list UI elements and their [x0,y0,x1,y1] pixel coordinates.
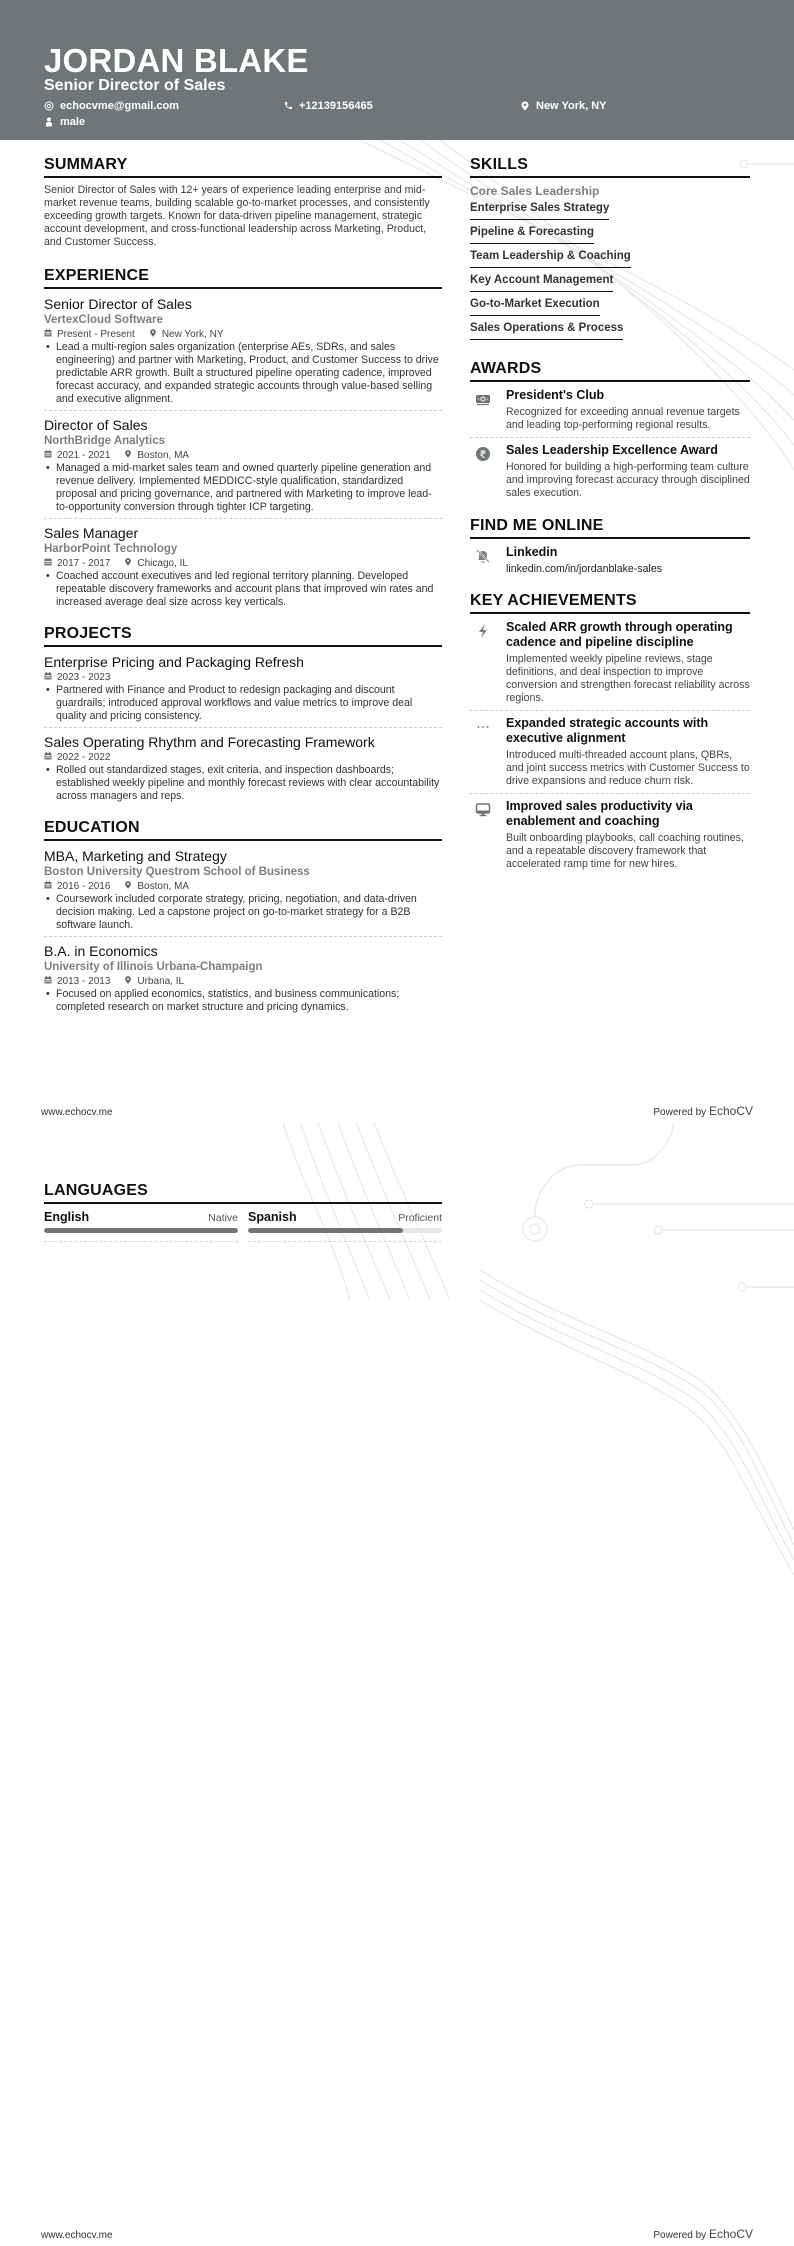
calendar-icon [44,328,52,341]
project-title: Enterprise Pricing and Packaging Refresh [44,653,442,671]
skills-category: Core Sales Leadership [470,184,750,198]
location: Urbana, IL [124,975,184,988]
education-section: EDUCATION MBA, Marketing and StrategyBos… [44,819,442,1018]
calendar-icon [44,751,52,764]
section-heading: SKILLS [470,156,750,178]
map-pin-icon [124,880,132,893]
section-heading: KEY ACHIEVEMENTS [470,592,750,614]
award-item: Sales Leadership Excellence AwardHonored… [470,443,750,505]
location: Boston, MA [124,880,189,893]
education-entry: B.A. in EconomicsUniversity of Illinois … [44,942,442,1018]
summary-text: Senior Director of Sales with 12+ years … [44,184,442,249]
date-range: 2023 - 2023 [44,671,110,684]
experience-entry: Sales ManagerHarborPoint Technology2017 … [44,524,442,613]
map-pin-icon [124,449,132,462]
user-icon [44,117,54,127]
calendar-icon [44,880,52,893]
project-entry: Sales Operating Rhythm and Forecasting F… [44,733,442,807]
achievement-item: Expanded strategic accounts with executi… [470,716,750,794]
skill-tag: Go-to-Market Execution [470,295,600,316]
skill-tag: Enterprise Sales Strategy [470,199,609,220]
item-description: Implemented weekly pipeline reviews, sta… [506,653,750,705]
job-title: Sales Manager [44,524,442,542]
job-title: Senior Director of Sales [44,295,442,313]
entry-bullet: Coached account executives and led regio… [44,570,442,609]
section-heading: LANGUAGES [44,1182,442,1204]
ellipsis-icon [470,716,496,788]
money-bill-icon [470,388,496,432]
left-column: SUMMARY Senior Director of Sales with 12… [44,156,442,1023]
item-title: President's Club [506,388,750,403]
item-title: Scaled ARR growth through operating cade… [506,620,750,650]
award-item: President's ClubRecognized for exceeding… [470,388,750,438]
date-range: 2017 - 2017 [44,557,110,570]
achievements-section: KEY ACHIEVEMENTS Scaled ARR growth throu… [470,592,750,876]
rupee-coin-icon [470,443,496,500]
date-range: Present - Present [44,328,135,341]
entry-meta: 2013 - 2013Urbana, IL [44,975,442,988]
page-footer: www.echocv.me Powered by EchoCV [41,1104,753,1118]
monitor-icon [470,799,496,871]
degree: MBA, Marketing and Strategy [44,847,442,865]
calendar-icon [44,557,52,570]
online-profile-item[interactable]: Linkedinlinkedin.com/in/jordanblake-sale… [470,545,750,580]
skill-tag: Pipeline & Forecasting [470,223,594,244]
location: Boston, MA [124,449,189,462]
map-pin-icon [124,975,132,988]
proficiency-bar [44,1228,238,1233]
brand-name: EchoCV [709,2227,753,2241]
entry-meta: 2023 - 2023 [44,671,442,684]
section-heading: AWARDS [470,360,750,382]
profile-link[interactable]: linkedin.com/in/jordanblake-sales [506,563,662,575]
school-name: University of Illinois Urbana-Champaign [44,960,442,975]
entry-bullet: Lead a multi-region sales organization (… [44,341,442,406]
item-description: Introduced multi-threaded account plans,… [506,749,750,788]
section-heading: SUMMARY [44,156,442,178]
map-pin-icon [520,101,530,111]
company-name: VertexCloud Software [44,313,442,328]
bell-slash-icon [470,545,496,575]
entry-bullet: Rolled out standardized stages, exit cri… [44,764,442,803]
calendar-icon [44,671,52,684]
map-pin-icon [149,328,157,341]
section-heading: EXPERIENCE [44,267,442,289]
awards-section: AWARDS President's ClubRecognized for ex… [470,360,750,505]
at-icon [44,101,54,111]
calendar-icon [44,449,52,462]
entry-meta: 2016 - 2016Boston, MA [44,880,442,893]
language-name: English [44,1210,89,1224]
right-column: SKILLS Core Sales Leadership Enterprise … [470,156,750,881]
degree: B.A. in Economics [44,942,442,960]
powered-by: Powered by EchoCV [653,1104,753,1118]
skill-tag: Sales Operations & Process [470,319,623,340]
language-name: Spanish [248,1210,297,1224]
entry-meta: 2021 - 2021Boston, MA [44,449,442,462]
location: Chicago, IL [124,557,188,570]
contact-phone[interactable]: +12139156465 [283,100,373,112]
brand-name: EchoCV [709,1104,753,1118]
skills-section: SKILLS Core Sales Leadership Enterprise … [470,156,750,342]
online-section: FIND ME ONLINE Linkedinlinkedin.com/in/j… [470,517,750,580]
entry-meta: 2022 - 2022 [44,751,442,764]
entry-bullet: Partnered with Finance and Product to re… [44,684,442,723]
experience-section: EXPERIENCE Senior Director of SalesVerte… [44,267,442,613]
school-name: Boston University Questrom School of Bus… [44,865,442,880]
contact-gender: male [44,116,85,128]
phone-icon [283,101,293,111]
skill-tag: Team Leadership & Coaching [470,247,631,268]
education-entry: MBA, Marketing and StrategyBoston Univer… [44,847,442,937]
entry-bullet: Focused on applied economics, statistics… [44,988,442,1014]
item-title: Improved sales productivity via enableme… [506,799,750,829]
section-heading: PROJECTS [44,625,442,647]
entry-bullet: Managed a mid-market sales team and owne… [44,462,442,514]
job-title: Director of Sales [44,416,442,434]
map-pin-icon [124,557,132,570]
achievement-item: Improved sales productivity via enableme… [470,799,750,876]
company-name: NorthBridge Analytics [44,434,442,449]
section-heading: EDUCATION [44,819,442,841]
resume-header: JORDAN BLAKE Senior Director of Sales ec… [0,0,794,140]
page-footer-2: www.echocv.me Powered by EchoCV [41,2227,753,2241]
language-item: SpanishProficient [248,1210,442,1242]
experience-entry: Senior Director of SalesVertexCloud Soft… [44,295,442,411]
summary-section: SUMMARY Senior Director of Sales with 12… [44,156,442,249]
location: New York, NY [149,328,224,341]
item-description: Honored for building a high-performing t… [506,461,750,500]
section-heading: FIND ME ONLINE [470,517,750,539]
footer-site-link[interactable]: www.echocv.me [41,1107,113,1118]
company-name: HarborPoint Technology [44,542,442,557]
candidate-name: JORDAN BLAKE [44,42,309,80]
contact-location: New York, NY [520,100,607,112]
language-level: Proficient [398,1212,442,1224]
candidate-title: Senior Director of Sales [44,77,225,95]
project-title: Sales Operating Rhythm and Forecasting F… [44,733,442,751]
item-title: Sales Leadership Excellence Award [506,443,750,458]
date-range: 2016 - 2016 [44,880,110,893]
date-range: 2013 - 2013 [44,975,110,988]
languages-section: LANGUAGES EnglishNativeSpanishProficient [44,1182,442,1242]
experience-entry: Director of SalesNorthBridge Analytics20… [44,416,442,519]
item-title: Expanded strategic accounts with executi… [506,716,750,746]
projects-section: PROJECTS Enterprise Pricing and Packagin… [44,625,442,807]
language-item: EnglishNative [44,1210,238,1242]
language-level: Native [208,1212,238,1224]
bolt-icon [470,620,496,705]
skill-tag: Key Account Management [470,271,613,292]
item-description: Recognized for exceeding annual revenue … [506,406,750,432]
achievement-item: Scaled ARR growth through operating cade… [470,620,750,711]
date-range: 2021 - 2021 [44,449,110,462]
footer-site-link[interactable]: www.echocv.me [41,2230,113,2241]
item-description: Built onboarding playbooks, call coachin… [506,832,750,871]
project-entry: Enterprise Pricing and Packaging Refresh… [44,653,442,728]
item-title: Linkedin [506,545,662,560]
proficiency-bar [248,1228,442,1233]
entry-meta: Present - PresentNew York, NY [44,328,442,341]
calendar-icon [44,975,52,988]
contact-email[interactable]: echocvme@gmail.com [44,100,179,112]
entry-bullet: Coursework included corporate strategy, … [44,893,442,932]
powered-by: Powered by EchoCV [653,2227,753,2241]
date-range: 2022 - 2022 [44,751,110,764]
entry-meta: 2017 - 2017Chicago, IL [44,557,442,570]
